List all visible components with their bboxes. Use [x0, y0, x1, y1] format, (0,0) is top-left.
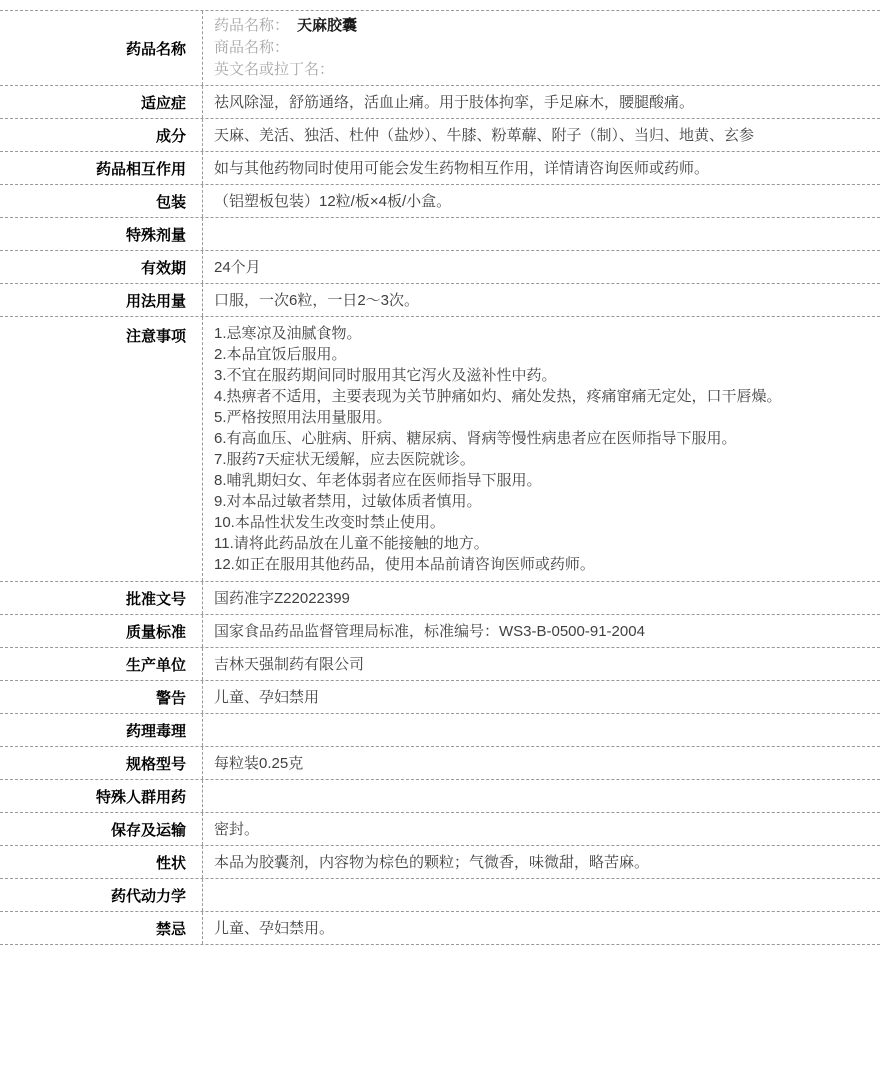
row-label: 药品相互作用: [0, 152, 203, 184]
row-value: [203, 714, 880, 746]
drug-name-line: 药品名称：天麻胶囊: [214, 15, 868, 37]
table-row-manufacturer: 生产单位 吉林天强制药有限公司: [0, 648, 880, 681]
field-key: 商品名称：: [214, 39, 289, 56]
table-row-quality-standard: 质量标准 国家食品药品监督管理局标准，标准编号：WS3-B-0500-91-20…: [0, 615, 880, 648]
row-value: 如与其他药物同时使用可能会发生药物相互作用，详情请咨询医师或药师。: [203, 152, 880, 184]
row-label: 适应症: [0, 86, 203, 118]
table-row-dosage: 用法用量 口服，一次6粒，一日2～3次。: [0, 284, 880, 317]
row-value: 儿童、孕妇禁用。: [203, 912, 880, 944]
drug-info-table: 药品名称 药品名称：天麻胶囊 商品名称： 英文名或拉丁名： 适应症 祛风除湿，舒…: [0, 10, 880, 945]
table-row-drug-name: 药品名称 药品名称：天麻胶囊 商品名称： 英文名或拉丁名：: [0, 11, 880, 86]
table-row-warning: 警告 儿童、孕妇禁用: [0, 681, 880, 714]
row-label: 注意事项: [0, 317, 203, 581]
row-value: （铝塑板包装）12粒/板×4板/小盒。: [203, 185, 880, 217]
table-row-description: 性状 本品为胶囊剂，内容物为棕色的颗粒；气微香，味微甜，略苦麻。: [0, 846, 880, 879]
field-value: 天麻胶囊: [297, 17, 357, 34]
row-value: 祛风除湿，舒筋通络，活血止痛。用于肢体拘挛，手足麻木，腰腿酸痛。: [203, 86, 880, 118]
precaution-item: 1.忌寒凉及油腻食物。: [214, 323, 868, 344]
row-value: 药品名称：天麻胶囊 商品名称： 英文名或拉丁名：: [203, 11, 880, 85]
row-label: 包装: [0, 185, 203, 217]
row-label: 特殊剂量: [0, 218, 203, 250]
table-row-precautions: 注意事项 1.忌寒凉及油腻食物。 2.本品宜饭后服用。 3.不宜在服药期间同时服…: [0, 317, 880, 582]
row-value: 天麻、羌活、独活、杜仲（盐炒）、牛膝、粉萆薢、附子（制）、当归、地黄、玄参: [203, 119, 880, 151]
row-label: 特殊人群用药: [0, 780, 203, 812]
table-row-storage-transport: 保存及运输 密封。: [0, 813, 880, 846]
row-label: 保存及运输: [0, 813, 203, 845]
row-label: 规格型号: [0, 747, 203, 779]
precaution-item: 6.有高血压、心脏病、肝病、糖尿病、肾病等慢性病患者应在医师指导下服用。: [214, 428, 868, 449]
row-label: 药代动力学: [0, 879, 203, 911]
row-value: 吉林天强制药有限公司: [203, 648, 880, 680]
table-row-approval-number: 批准文号 国药准字Z22022399: [0, 582, 880, 615]
precaution-item: 7.服药7天症状无缓解，应去医院就诊。: [214, 449, 868, 470]
table-row-ingredients: 成分 天麻、羌活、独活、杜仲（盐炒）、牛膝、粉萆薢、附子（制）、当归、地黄、玄参: [0, 119, 880, 152]
table-row-specification: 规格型号 每粒装0.25克: [0, 747, 880, 780]
table-row-pharmacokinetics: 药代动力学: [0, 879, 880, 912]
row-value: [203, 780, 880, 812]
table-row-pharmacology-toxicology: 药理毒理: [0, 714, 880, 747]
row-label: 禁忌: [0, 912, 203, 944]
trade-name-line: 商品名称：: [214, 37, 868, 59]
field-key: 英文名或拉丁名：: [214, 61, 334, 78]
row-value: 本品为胶囊剂，内容物为棕色的颗粒；气微香，味微甜，略苦麻。: [203, 846, 880, 878]
row-value: 国家食品药品监督管理局标准，标准编号：WS3-B-0500-91-2004: [203, 615, 880, 647]
precaution-item: 10.本品性状发生改变时禁止使用。: [214, 512, 868, 533]
row-value: 密封。: [203, 813, 880, 845]
table-row-indications: 适应症 祛风除湿，舒筋通络，活血止痛。用于肢体拘挛，手足麻木，腰腿酸痛。: [0, 86, 880, 119]
table-row-shelf-life: 有效期 24个月: [0, 251, 880, 284]
precaution-item: 8.哺乳期妇女、年老体弱者应在医师指导下服用。: [214, 470, 868, 491]
table-row-interactions: 药品相互作用 如与其他药物同时使用可能会发生药物相互作用，详情请咨询医师或药师。: [0, 152, 880, 185]
row-value: 24个月: [203, 251, 880, 283]
row-value: [203, 218, 880, 250]
row-label: 性状: [0, 846, 203, 878]
precaution-item: 3.不宜在服药期间同时服用其它泻火及滋补性中药。: [214, 365, 868, 386]
table-row-contraindications: 禁忌 儿童、孕妇禁用。: [0, 912, 880, 945]
row-label: 用法用量: [0, 284, 203, 316]
drug-info-page: 药品名称 药品名称：天麻胶囊 商品名称： 英文名或拉丁名： 适应症 祛风除湿，舒…: [0, 0, 880, 1070]
row-value: 口服，一次6粒，一日2～3次。: [203, 284, 880, 316]
precaution-item: 2.本品宜饭后服用。: [214, 344, 868, 365]
precaution-item: 11.请将此药品放在儿童不能接触的地方。: [214, 533, 868, 554]
table-row-packaging: 包装 （铝塑板包装）12粒/板×4板/小盒。: [0, 185, 880, 218]
table-row-special-dosage: 特殊剂量: [0, 218, 880, 251]
row-label: 质量标准: [0, 615, 203, 647]
precaution-item: 9.对本品过敏者禁用，过敏体质者慎用。: [214, 491, 868, 512]
row-value: 每粒装0.25克: [203, 747, 880, 779]
row-label: 警告: [0, 681, 203, 713]
row-value: 儿童、孕妇禁用: [203, 681, 880, 713]
field-key: 药品名称：: [214, 17, 289, 34]
row-value: [203, 879, 880, 911]
row-value: 1.忌寒凉及油腻食物。 2.本品宜饭后服用。 3.不宜在服药期间同时服用其它泻火…: [203, 317, 880, 581]
precaution-item: 12.如正在服用其他药品，使用本品前请咨询医师或药师。: [214, 554, 868, 575]
row-label: 成分: [0, 119, 203, 151]
row-label: 批准文号: [0, 582, 203, 614]
precaution-item: 5.严格按照用法用量服用。: [214, 407, 868, 428]
table-row-special-populations: 特殊人群用药: [0, 780, 880, 813]
row-label: 生产单位: [0, 648, 203, 680]
row-label: 药理毒理: [0, 714, 203, 746]
row-label: 药品名称: [0, 11, 203, 85]
row-label: 有效期: [0, 251, 203, 283]
row-value: 国药准字Z22022399: [203, 582, 880, 614]
latin-name-line: 英文名或拉丁名：: [214, 59, 868, 81]
precaution-item: 4.热痹者不适用，主要表现为关节肿痛如灼、痛处发热，疼痛窜痛无定处，口干唇燥。: [214, 386, 868, 407]
